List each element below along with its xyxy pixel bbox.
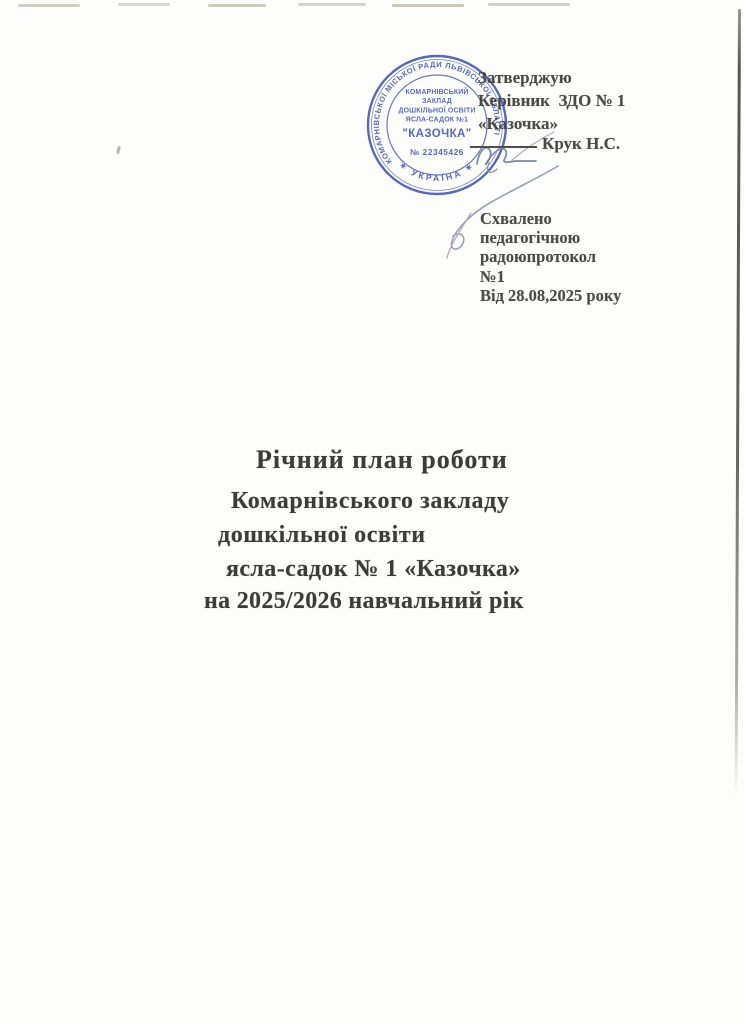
endorsement-date: Від 28.08,2025 року [480,286,621,305]
scan-dash [488,3,570,6]
signature-scribble [477,148,536,165]
scan-dash [18,4,80,7]
endorsement-line: радоюпротокол [480,247,621,266]
stamp-center-line: ДОШКІЛЬНОЇ ОСВІТИ [398,107,475,115]
approval-heading: Затверджую [478,68,572,88]
approval-institution: «Казочка» [478,114,558,134]
stamp-center-line: ЯСЛА-САДОК №1 [406,117,468,124]
signature-scribble-tail [488,163,497,172]
document-title-line: Комарнівського закладу [231,488,509,515]
document-title-line: Річний план роботи [256,445,508,475]
endorsement-line: педагогічною [480,228,621,247]
document-title-line: дошкільної освіти [218,522,426,549]
scan-dash [298,3,366,6]
signature-lower-stroke [447,213,471,258]
approval-position: Керівник ЗДО № 1 [478,91,625,111]
scan-dash [208,4,266,7]
scan-artifact-speck [116,146,121,154]
endorsement-line: №1 [480,267,621,286]
document-title-line: на 2025/2026 навчальний рік [204,588,524,615]
scan-dash [118,3,170,6]
stamp-center-line: ЗАКЛАД [422,98,452,105]
document-title-line: ясла-садок № 1 «Казочка» [226,556,521,583]
scanned-document-page: КОМАРНІВСЬКОЇ МІСЬКОЇ РАДИ ЛЬВІВСЬКОЇ ОБ… [0,0,744,1024]
scan-dash [392,4,464,7]
signatory-name: Крук Н.С. [542,134,620,154]
endorsement-line: Схвалено [480,209,621,228]
stamp-center-line: КОМАРНІВСЬКИЙ [405,87,468,96]
endorsement-block: Схвалено педагогічною радоюпротокол №1 В… [480,209,621,305]
scan-artifact-top-dashes [0,1,744,9]
scan-artifact-page-edge [735,9,741,797]
signature-underline [470,146,537,148]
